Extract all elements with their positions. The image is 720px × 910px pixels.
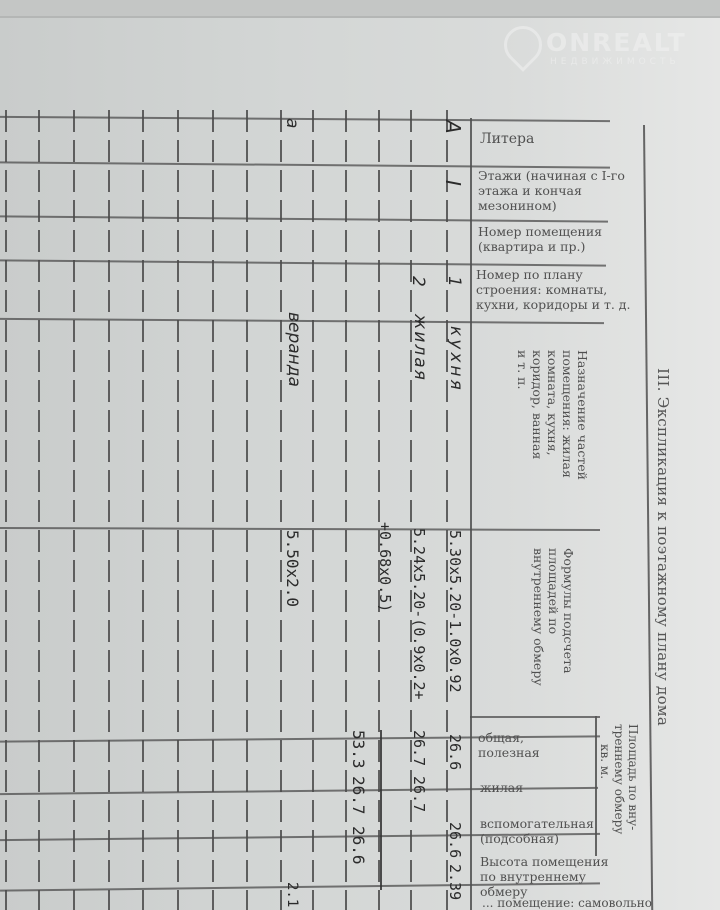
header-area-aux: вспомогательная (подсобная) — [480, 816, 594, 846]
row-divider — [0, 215, 608, 222]
row3-formula-continued: +0.68x0.5) — [376, 522, 394, 612]
row5-litera: a — [282, 118, 302, 128]
column-line — [38, 110, 40, 910]
header-formulas-line: внутреннему обмеру — [531, 548, 546, 686]
row5-purpose: веранда — [284, 312, 304, 387]
column-line — [446, 110, 448, 910]
column-line — [108, 110, 110, 910]
row-divider — [0, 259, 606, 266]
header-area-group-line: кв. м. — [598, 724, 612, 834]
header-plan-number: Номер по плану строения: комнаты, кухни,… — [476, 267, 630, 312]
row-divider — [0, 116, 610, 122]
header-area-living: жилая — [480, 780, 523, 795]
header-area-living-line: жилая — [480, 780, 523, 795]
header-formulas-line: площадей по — [546, 548, 561, 686]
header-area-total: общая, полезная — [478, 730, 540, 760]
document-photo: ONREALT НЕДВИЖИМОСТЬ Литера Этажи (начин… — [0, 0, 720, 910]
header-height-line: Высота помещения — [480, 854, 609, 869]
header-purpose: Назначение частей помещения: жилая комна… — [515, 350, 590, 480]
column-line — [345, 110, 347, 910]
column-line — [312, 110, 314, 910]
header-area-total-line: общая, — [478, 730, 540, 745]
house-pin-icon — [496, 18, 550, 72]
row2-formula: 5.24x5.20-(0.9x0.2+ — [410, 528, 428, 700]
header-purpose-line: Назначение частей — [575, 350, 590, 480]
row5-height: 2.1 — [284, 882, 300, 907]
header-area-group-line: треннему обмеру — [612, 724, 626, 834]
row2-purpose: жилая — [410, 314, 430, 382]
header-height: Высота помещения по внутреннему обмеру — [480, 854, 609, 899]
header-purpose-line: и т. п. — [515, 350, 530, 480]
row5-formula: 5.50x2.0 — [283, 530, 302, 607]
header-plan-number-line: Номер по плану — [476, 267, 630, 282]
row1-height: 2.39 — [446, 864, 464, 900]
row2-total: 26.7 — [410, 730, 428, 766]
row2-living: 26.7 — [410, 776, 428, 812]
column-line — [246, 110, 248, 910]
header-room-number-line: Номер помещения — [478, 224, 602, 239]
header-boundary — [470, 118, 472, 910]
header-plan-number-line: строения: комнаты, — [476, 282, 630, 297]
row1-total: 26.6 — [446, 734, 464, 770]
row1-aux: 26.6 — [446, 822, 464, 858]
column-line — [73, 110, 75, 910]
header-purpose-line: коридор, ванная — [530, 350, 545, 480]
header-purpose-line: комната, кухня, — [545, 350, 560, 480]
row1-floor: I — [441, 180, 465, 186]
watermark-brand: ONREALT — [546, 28, 687, 57]
header-formulas-line: Формулы подсчета — [561, 548, 576, 686]
area-group-top — [470, 716, 600, 718]
column-line — [212, 110, 214, 910]
header-floors-line: Этажи (начиная с I-го — [478, 168, 625, 183]
row1-purpose: кухня — [446, 326, 466, 393]
header-formulas: Формулы подсчета площадей по внутреннему… — [531, 548, 576, 686]
header-area-group-line: Площадь по вну- — [626, 724, 640, 834]
row1-formula: 5.30x5.20-1.0x0.92 — [446, 530, 464, 693]
total-area: 53.3 — [349, 730, 368, 769]
header-note-cut: ... помещение: самовольно — [482, 896, 652, 910]
column-line — [280, 110, 282, 910]
page-edge — [0, 0, 720, 18]
total-aux: 26.6 — [349, 826, 368, 865]
row2-plan-no: 2 — [408, 276, 428, 287]
header-area-aux-line: (подсобная) — [480, 831, 594, 846]
total-living: 26.7 — [349, 776, 368, 815]
header-purpose-line: помещения: жилая — [560, 350, 575, 480]
header-height-line: по внутреннему — [480, 869, 609, 884]
header-floors-line: мезонином) — [478, 198, 625, 213]
watermark-subtitle: НЕДВИЖИМОСТЬ — [550, 57, 680, 67]
header-area-total-line: полезная — [478, 745, 540, 760]
header-floors: Этажи (начиная с I-го этажа и кончая мез… — [478, 168, 625, 213]
table-frame — [643, 125, 653, 910]
total-underline — [380, 730, 382, 890]
header-room-number-line: (квартира и пр.) — [478, 239, 602, 254]
header-plan-number-line: кухни, коридоры и т. д. — [476, 297, 630, 312]
area-group-divider — [595, 716, 597, 856]
form-title: III. Экспликация к поэтажному плану дома — [654, 368, 672, 726]
row1-litera: A — [441, 120, 465, 134]
header-area-group: Площадь по вну- треннему обмеру кв. м. — [598, 724, 640, 834]
header-room-number: Номер помещения (квартира и пр.) — [478, 224, 602, 254]
column-line — [177, 110, 179, 910]
header-floors-line: этажа и кончая — [478, 183, 625, 198]
row1-plan-no: 1 — [444, 276, 464, 287]
header-litera: Литера — [480, 132, 534, 147]
column-line — [142, 110, 144, 910]
header-area-aux-line: вспомогательная — [480, 816, 594, 831]
column-line — [5, 110, 7, 910]
